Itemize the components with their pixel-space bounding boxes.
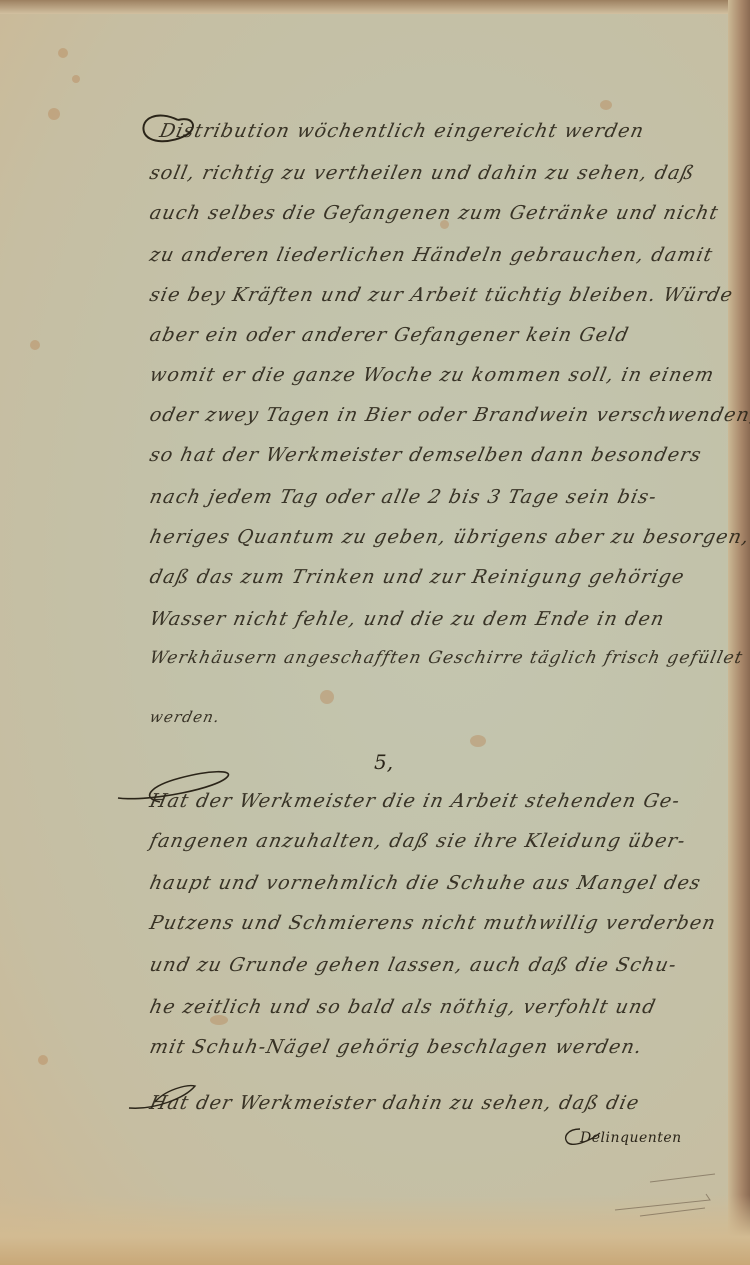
text-line: he zeitlich und so bald als nöthig, verf… [148,996,659,1018]
text-line: nach jedem Tag oder alle 2 bis 3 Tage se… [148,486,660,508]
text-line: Putzens und Schmierens nicht muthwillig … [148,912,719,934]
section-number: 5, [374,750,393,774]
text-line: werden. [148,708,222,726]
body-text: Distribution wöchentlich eingereicht wer… [0,0,750,1265]
text-line: oder zwey Tagen in Bier oder Brandwein v… [148,404,750,426]
text-line: haupt und vornehmlich die Schuhe aus Man… [148,872,704,894]
manuscript-page: Distribution wöchentlich eingereicht wer… [0,0,750,1265]
text-line: fangenen anzuhalten, daß sie ihre Kleidu… [148,830,688,852]
text-line: heriges Quantum zu geben, übrigens aber … [148,526,750,548]
text-line: sie bey Kräften und zur Arbeit tüchtig b… [148,284,736,306]
text-line: so hat der Werkmeister demselben dann be… [148,444,704,466]
text-line: zu anderen liederlichen Händeln gebrauch… [148,244,716,266]
text-line: womit er die ganze Woche zu kommen soll,… [148,364,717,386]
text-line: Werkhäusern angeschafften Geschirre tägl… [148,648,745,668]
text-line: und zu Grunde gehen lassen, auch daß die… [148,954,679,976]
catchword: Delinquenten [580,1130,682,1146]
text-line: mit Schuh-Nägel gehörig beschlagen werde… [148,1036,645,1058]
pencil-marks [610,1170,720,1220]
text-line: soll, richtig zu vertheilen und dahin zu… [148,162,697,184]
text-line: Hat der Werkmeister die in Arbeit stehen… [148,790,683,812]
text-line: auch selbes die Gefangenen zum Getränke … [148,202,721,224]
text-line: Hat der Werkmeister dahin zu sehen, daß … [148,1092,642,1114]
text-line: Wasser nicht fehle, und die zu dem Ende … [148,608,667,630]
text-line: aber ein oder anderer Gefangener kein Ge… [148,324,632,346]
text-line: Distribution wöchentlich eingereicht wer… [158,120,647,142]
text-line: daß das zum Trinken und zur Reinigung ge… [148,566,687,588]
